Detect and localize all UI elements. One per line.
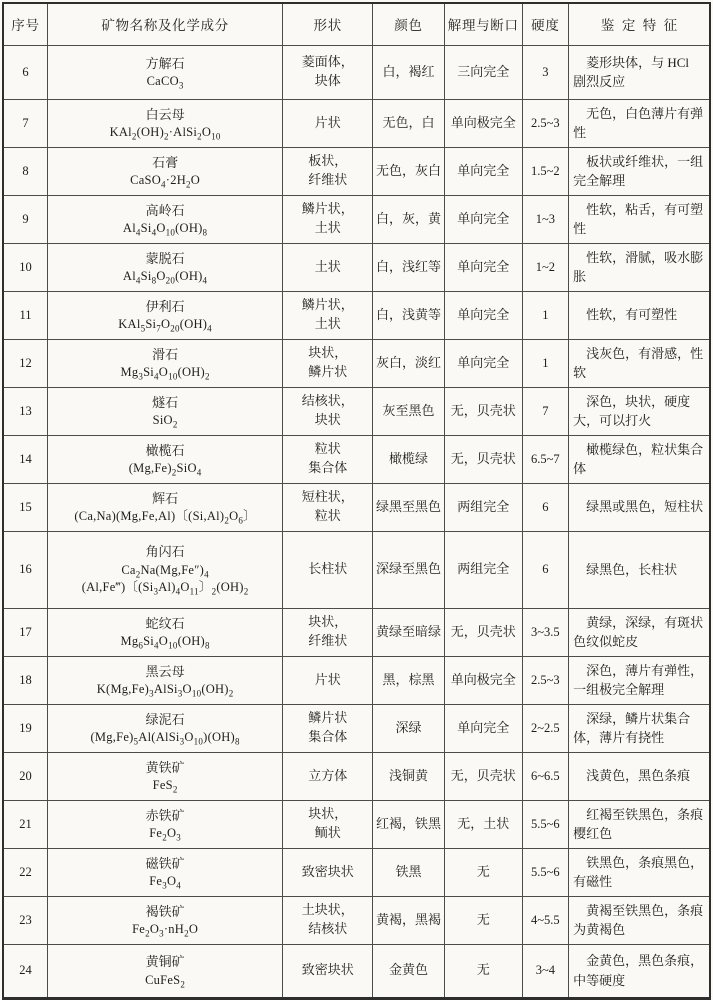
shape-line: 土状 — [285, 219, 370, 238]
feature-cell: 菱形块体，与 HCl 剧烈反应 — [569, 45, 710, 99]
feature-cell: 绿黑色，长柱状 — [569, 531, 710, 608]
shape-cell: 长柱状 — [283, 531, 373, 608]
mineral-name: 高岭石 — [50, 201, 280, 221]
feature-text: 深色，薄片有弹性，一组极完全解理 — [573, 661, 705, 700]
feature-text: 性软，粘舌，有可塑性 — [573, 200, 705, 239]
mineral-name-cell: 蛇纹石Mg6Si4O10(OH)8 — [47, 608, 282, 656]
feature-cell: 浅黄色，黑色条痕 — [569, 752, 710, 800]
color-cell: 灰白，淡红 — [373, 339, 445, 387]
shape-cell: 粒状集合体 — [283, 435, 373, 483]
hardness-cell: 5.5~6 — [522, 848, 568, 896]
shape-line: 菱面体， — [285, 53, 370, 72]
feature-cell: 无色，白色薄片有弹性 — [569, 99, 710, 147]
cleavage-cell: 单向完全 — [444, 195, 522, 243]
mineral-formula: Mg6Si4O10(OH)8 — [50, 633, 280, 651]
shape-cell: 块状，鳞片状 — [283, 339, 373, 387]
mineral-name-cell: 绿泥石(Mg,Fe)5Al(AlSi3O10)(OH)8 — [47, 704, 282, 752]
row-number: 18 — [3, 656, 47, 704]
mineral-name: 滑石 — [50, 345, 280, 365]
hardness-cell: 1.5~2 — [522, 147, 568, 195]
col-header-hardness: 硬度 — [522, 3, 568, 45]
feature-cell: 性软，有可塑性 — [569, 291, 710, 339]
shape-line: 块状， — [285, 344, 370, 363]
feature-text: 铁黑色，条痕黑色，有磁性 — [573, 853, 705, 892]
color-cell: 红褐，铁黑 — [373, 800, 445, 848]
shape-cell: 菱面体，块体 — [283, 45, 373, 99]
feature-text: 橄榄绿色，粒状集合体 — [573, 440, 705, 479]
table-row: 22磁铁矿Fe3O4致密块状铁黑无5.5~6铁黑色，条痕黑色，有磁性 — [3, 848, 710, 896]
mineral-name: 黄铁矿 — [50, 758, 280, 778]
mineral-name: 橄榄石 — [50, 441, 280, 461]
mineral-name-cell: 角闪石Ca2Na(Mg,Fe″)4(Al,Fe‴)〔(Si3Al)4O11〕2(… — [47, 531, 282, 608]
cleavage-cell: 单向完全 — [444, 339, 522, 387]
row-number: 13 — [3, 387, 47, 435]
mineral-formula: CaCO3 — [50, 73, 280, 91]
table-row: 10蒙脱石Al4Si8O20(OH)4土状白，浅红等单向完全1~2性软，滑腻，吸… — [3, 243, 710, 291]
mineral-name: 褐铁矿 — [50, 902, 280, 922]
shape-line: 立方体 — [285, 767, 370, 786]
mineral-formula: Fe2O3 — [50, 825, 280, 843]
row-number: 6 — [3, 45, 47, 99]
mineral-name-cell: 方解石CaCO3 — [47, 45, 282, 99]
feature-text: 浅灰色，有滑感，性软 — [573, 344, 705, 383]
shape-cell: 块状，鲕状 — [283, 800, 373, 848]
shape-line: 片状 — [285, 114, 370, 133]
mineral-name: 燧石 — [50, 393, 280, 413]
shape-cell: 鳞片状集合体 — [283, 704, 373, 752]
mineral-name: 角闪石 — [50, 542, 280, 562]
col-header-no: 序号 — [3, 3, 47, 45]
mineral-formula: FeS2 — [50, 777, 280, 795]
feature-text: 深绿，鳞片状集合体，薄片有挠性 — [573, 709, 705, 748]
table-row: 21赤铁矿Fe2O3块状，鲕状红褐，铁黑无，土状5.5~6红褐至铁黑色，条痕樱红… — [3, 800, 710, 848]
table-row: 20黄铁矿FeS2立方体浅铜黄无，贝壳状6~6.5浅黄色，黑色条痕 — [3, 752, 710, 800]
shape-cell: 结核状，块状 — [283, 387, 373, 435]
feature-cell: 性软，滑腻，吸水膨胀 — [569, 243, 710, 291]
feature-text: 黄绿，深绿，有斑状色纹似蛇皮 — [573, 613, 705, 652]
hardness-cell: 2~2.5 — [522, 704, 568, 752]
mineral-formula: Al4Si4O10(OH)8 — [50, 220, 280, 238]
table-row: 11伊利石KAl5Si7O20(OH)4鳞片状，土状白，浅黄等单向完全1性软，有… — [3, 291, 710, 339]
mineral-formula: CaSO4·2H2O — [50, 172, 280, 190]
shape-line: 致密块状 — [285, 961, 370, 980]
mineral-name: 蒙脱石 — [50, 249, 280, 269]
color-cell: 黄褐，黑褐 — [373, 896, 445, 944]
color-cell: 金黄色 — [373, 944, 445, 998]
table-row: 23褐铁矿Fe2O3·nH2O土块状，结核状黄褐，黑褐无4~5.5黄褐至铁黑色，… — [3, 896, 710, 944]
cleavage-cell: 单向完全 — [444, 147, 522, 195]
shape-line: 长柱状 — [285, 560, 370, 579]
table-row: 17蛇纹石Mg6Si4O10(OH)8块状，纤维状黄绿至暗绿无，贝壳状3~3.5… — [3, 608, 710, 656]
shape-cell: 致密块状 — [283, 848, 373, 896]
hardness-cell: 6.5~7 — [522, 435, 568, 483]
color-cell: 白，灰，黄 — [373, 195, 445, 243]
color-cell: 橄榄绿 — [373, 435, 445, 483]
feature-cell: 深色，块状，硬度大，可以打火 — [569, 387, 710, 435]
shape-line: 板状， — [285, 152, 370, 171]
shape-line: 土块状， — [285, 901, 370, 920]
row-number: 12 — [3, 339, 47, 387]
hardness-cell: 1~2 — [522, 243, 568, 291]
table-row: 13燧石SiO2结核状，块状灰至黑色无，贝壳状7深色，块状，硬度大，可以打火 — [3, 387, 710, 435]
shape-line: 鳞片状 — [285, 709, 370, 728]
cleavage-cell: 单向极完全 — [444, 99, 522, 147]
shape-cell: 板状，纤维状 — [283, 147, 373, 195]
shape-cell: 立方体 — [283, 752, 373, 800]
mineral-formula: Fe2O3·nH2O — [50, 921, 280, 939]
hardness-cell: 6~6.5 — [522, 752, 568, 800]
mineral-name-cell: 蒙脱石Al4Si8O20(OH)4 — [47, 243, 282, 291]
feature-cell: 板状或纤维状，一组完全解理 — [569, 147, 710, 195]
mineral-formula: K(Mg,Fe)3AlSi3O10(OH)2 — [50, 681, 280, 699]
mineral-name: 白云母 — [50, 105, 280, 125]
mineral-formula: Fe3O4 — [50, 873, 280, 891]
table-row: 16角闪石Ca2Na(Mg,Fe″)4(Al,Fe‴)〔(Si3Al)4O11〕… — [3, 531, 710, 608]
hardness-cell: 1~3 — [522, 195, 568, 243]
shape-line: 块状， — [285, 805, 370, 824]
row-number: 11 — [3, 291, 47, 339]
shape-cell: 片状 — [283, 99, 373, 147]
mineral-name: 磁铁矿 — [50, 854, 280, 874]
shape-line: 鲕状 — [285, 824, 370, 843]
shape-line: 集合体 — [285, 728, 370, 747]
feature-cell: 铁黑色，条痕黑色，有磁性 — [569, 848, 710, 896]
row-number: 15 — [3, 483, 47, 531]
cleavage-cell: 无，贝壳状 — [444, 752, 522, 800]
shape-line: 粒状 — [285, 507, 370, 526]
shape-line: 块体 — [285, 72, 370, 91]
col-header-shape: 形状 — [283, 3, 373, 45]
shape-cell: 鳞片状，土状 — [283, 195, 373, 243]
feature-cell: 深绿，鳞片状集合体，薄片有挠性 — [569, 704, 710, 752]
mineral-name: 石膏 — [50, 153, 280, 173]
shape-line: 土状 — [285, 258, 370, 277]
mineral-name-cell: 黄铁矿FeS2 — [47, 752, 282, 800]
color-cell: 白，浅黄等 — [373, 291, 445, 339]
shape-line: 纤维状 — [285, 632, 370, 651]
mineral-name: 绿泥石 — [50, 710, 280, 730]
feature-cell: 浅灰色，有滑感，性软 — [569, 339, 710, 387]
feature-text: 无色，白色薄片有弹性 — [573, 104, 705, 143]
mineral-formula: CuFeS2 — [50, 972, 280, 990]
mineral-name: 黄铜矿 — [50, 952, 280, 972]
color-cell: 黄绿至暗绿 — [373, 608, 445, 656]
shape-line: 块状 — [285, 411, 370, 430]
mineral-name: 方解石 — [50, 54, 280, 74]
feature-text: 金黄色，黑色条痕，中等硬度 — [573, 951, 705, 990]
hardness-cell: 3~3.5 — [522, 608, 568, 656]
row-number: 17 — [3, 608, 47, 656]
hardness-cell: 4~5.5 — [522, 896, 568, 944]
mineral-formula: KAl5Si7O20(OH)4 — [50, 316, 280, 334]
shape-line: 结核状 — [285, 920, 370, 939]
feature-cell: 深色，薄片有弹性，一组极完全解理 — [569, 656, 710, 704]
mineral-name-cell: 石膏CaSO4·2H2O — [47, 147, 282, 195]
feature-text: 菱形块体，与 HCl 剧烈反应 — [573, 53, 705, 92]
shape-cell: 致密块状 — [283, 944, 373, 998]
shape-cell: 块状，纤维状 — [283, 608, 373, 656]
shape-line: 鳞片状 — [285, 363, 370, 382]
cleavage-cell: 单向极完全 — [444, 656, 522, 704]
table-row: 19绿泥石(Mg,Fe)5Al(AlSi3O10)(OH)8鳞片状集合体深绿单向… — [3, 704, 710, 752]
shape-cell: 土状 — [283, 243, 373, 291]
color-cell: 深绿至黑色 — [373, 531, 445, 608]
mineral-identification-table: 序号 矿物名称及化学成分 形状 颜色 解理与断口 硬度 鉴定特征 6方解石CaC… — [2, 2, 711, 1000]
row-number: 23 — [3, 896, 47, 944]
color-cell: 深绿 — [373, 704, 445, 752]
shape-line: 集合体 — [285, 459, 370, 478]
table-row: 7白云母KAl2(OH)2·AlSi2O10片状无色，白单向极完全2.5~3无色… — [3, 99, 710, 147]
color-cell: 浅铜黄 — [373, 752, 445, 800]
mineral-name-cell: 橄榄石(Mg,Fe)2SiO4 — [47, 435, 282, 483]
cleavage-cell: 无，贝壳状 — [444, 387, 522, 435]
mineral-formula: Mg3Si4O10(OH)2 — [50, 364, 280, 382]
row-number: 22 — [3, 848, 47, 896]
col-header-cleavage: 解理与断口 — [444, 3, 522, 45]
table-row: 24黄铜矿CuFeS2致密块状金黄色无3~4金黄色，黑色条痕，中等硬度 — [3, 944, 710, 998]
col-header-feature: 鉴定特征 — [569, 3, 710, 45]
mineral-formula: (Mg,Fe)2SiO4 — [50, 460, 280, 478]
mineral-name-cell: 磁铁矿Fe3O4 — [47, 848, 282, 896]
cleavage-cell: 无 — [444, 896, 522, 944]
cleavage-cell: 无 — [444, 848, 522, 896]
mineral-formula: (Al,Fe‴)〔(Si3Al)4O11〕2(OH)2 — [50, 579, 280, 597]
shape-line: 鳞片状， — [285, 296, 370, 315]
feature-cell: 黄褐至铁黑色，条痕为黄褐色 — [569, 896, 710, 944]
cleavage-cell: 单向完全 — [444, 704, 522, 752]
shape-cell: 片状 — [283, 656, 373, 704]
shape-cell: 土块状，结核状 — [283, 896, 373, 944]
shape-line: 结核状， — [285, 392, 370, 411]
table-row: 15辉石(Ca,Na)(Mg,Fe,Al)〔(Si,Al)2O6〕短柱状，粒状绿… — [3, 483, 710, 531]
hardness-cell: 6 — [522, 531, 568, 608]
cleavage-cell: 单向完全 — [444, 291, 522, 339]
row-number: 7 — [3, 99, 47, 147]
mineral-name-cell: 燧石SiO2 — [47, 387, 282, 435]
hardness-cell: 1 — [522, 291, 568, 339]
col-header-name: 矿物名称及化学成分 — [47, 3, 282, 45]
feature-text: 性软，滑腻，吸水膨胀 — [573, 248, 705, 287]
feature-text: 性软，有可塑性 — [573, 305, 705, 325]
feature-text: 绿黑色，长柱状 — [573, 560, 705, 580]
row-number: 24 — [3, 944, 47, 998]
row-number: 10 — [3, 243, 47, 291]
feature-text: 红褐至铁黑色，条痕樱红色 — [573, 805, 705, 844]
table-row: 12滑石Mg3Si4O10(OH)2块状，鳞片状灰白，淡红单向完全1浅灰色，有滑… — [3, 339, 710, 387]
hardness-cell: 6 — [522, 483, 568, 531]
mineral-name: 辉石 — [50, 489, 280, 509]
mineral-formula: Ca2Na(Mg,Fe″)4 — [50, 562, 280, 580]
mineral-name-cell: 伊利石KAl5Si7O20(OH)4 — [47, 291, 282, 339]
shape-cell: 鳞片状，土状 — [283, 291, 373, 339]
feature-cell: 黄绿，深绿，有斑状色纹似蛇皮 — [569, 608, 710, 656]
color-cell: 绿黑至黑色 — [373, 483, 445, 531]
shape-line: 粒状 — [285, 440, 370, 459]
color-cell: 黑，棕黑 — [373, 656, 445, 704]
cleavage-cell: 两组完全 — [444, 531, 522, 608]
table-row: 6方解石CaCO3菱面体，块体白，褐红三向完全3菱形块体，与 HCl 剧烈反应 — [3, 45, 710, 99]
feature-cell: 性软，粘舌，有可塑性 — [569, 195, 710, 243]
hardness-cell: 3~4 — [522, 944, 568, 998]
mineral-name: 蛇纹石 — [50, 614, 280, 634]
feature-cell: 橄榄绿色，粒状集合体 — [569, 435, 710, 483]
row-number: 14 — [3, 435, 47, 483]
cleavage-cell: 单向完全 — [444, 243, 522, 291]
document-page: 序号 矿物名称及化学成分 形状 颜色 解理与断口 硬度 鉴定特征 6方解石CaC… — [0, 0, 713, 1000]
cleavage-cell: 无，土状 — [444, 800, 522, 848]
cleavage-cell: 无 — [444, 944, 522, 998]
cleavage-cell: 无，贝壳状 — [444, 435, 522, 483]
row-number: 21 — [3, 800, 47, 848]
color-cell: 灰至黑色 — [373, 387, 445, 435]
cleavage-cell: 无，贝壳状 — [444, 608, 522, 656]
row-number: 20 — [3, 752, 47, 800]
color-cell: 白，褐红 — [373, 45, 445, 99]
feature-cell: 金黄色，黑色条痕，中等硬度 — [569, 944, 710, 998]
col-header-color: 颜色 — [373, 3, 445, 45]
mineral-formula: (Mg,Fe)5Al(AlSi3O10)(OH)8 — [50, 729, 280, 747]
mineral-name-cell: 辉石(Ca,Na)(Mg,Fe,Al)〔(Si,Al)2O6〕 — [47, 483, 282, 531]
feature-text: 板状或纤维状，一组完全解理 — [573, 152, 705, 191]
shape-line: 鳞片状， — [285, 200, 370, 219]
mineral-name-cell: 褐铁矿Fe2O3·nH2O — [47, 896, 282, 944]
mineral-formula: SiO2 — [50, 412, 280, 430]
shape-cell: 短柱状，粒状 — [283, 483, 373, 531]
mineral-formula: KAl2(OH)2·AlSi2O10 — [50, 124, 280, 142]
hardness-cell: 5.5~6 — [522, 800, 568, 848]
row-number: 16 — [3, 531, 47, 608]
mineral-name-cell: 黑云母K(Mg,Fe)3AlSi3O10(OH)2 — [47, 656, 282, 704]
table-row: 8石膏CaSO4·2H2O板状，纤维状无色，灰白单向完全1.5~2板状或纤维状，… — [3, 147, 710, 195]
shape-line: 致密块状 — [285, 863, 370, 882]
shape-line: 短柱状， — [285, 488, 370, 507]
shape-line: 片状 — [285, 671, 370, 690]
mineral-name-cell: 白云母KAl2(OH)2·AlSi2O10 — [47, 99, 282, 147]
color-cell: 白，浅红等 — [373, 243, 445, 291]
row-number: 8 — [3, 147, 47, 195]
color-cell: 无色，白 — [373, 99, 445, 147]
mineral-name: 黑云母 — [50, 662, 280, 682]
row-number: 9 — [3, 195, 47, 243]
table-row: 9高岭石Al4Si4O10(OH)8鳞片状，土状白，灰，黄单向完全1~3性软，粘… — [3, 195, 710, 243]
table-row: 18黑云母K(Mg,Fe)3AlSi3O10(OH)2片状黑，棕黑单向极完全2.… — [3, 656, 710, 704]
shape-line: 土状 — [285, 315, 370, 334]
mineral-name-cell: 滑石Mg3Si4O10(OH)2 — [47, 339, 282, 387]
hardness-cell: 2.5~3 — [522, 99, 568, 147]
color-cell: 无色，灰白 — [373, 147, 445, 195]
shape-line: 块状， — [285, 613, 370, 632]
hardness-cell: 2.5~3 — [522, 656, 568, 704]
feature-text: 深色，块状，硬度大，可以打火 — [573, 392, 705, 431]
feature-text: 绿黑或黑色，短柱状 — [573, 497, 705, 517]
mineral-name-cell: 黄铜矿CuFeS2 — [47, 944, 282, 998]
mineral-name-cell: 赤铁矿Fe2O3 — [47, 800, 282, 848]
hardness-cell: 7 — [522, 387, 568, 435]
mineral-name: 伊利石 — [50, 297, 280, 317]
color-cell: 铁黑 — [373, 848, 445, 896]
feature-text: 黄褐至铁黑色，条痕为黄褐色 — [573, 901, 705, 940]
hardness-cell: 3 — [522, 45, 568, 99]
mineral-name: 赤铁矿 — [50, 806, 280, 826]
mineral-formula: Al4Si8O20(OH)4 — [50, 268, 280, 286]
shape-line: 纤维状 — [285, 171, 370, 190]
row-number: 19 — [3, 704, 47, 752]
feature-text: 浅黄色，黑色条痕 — [573, 766, 705, 786]
header-row: 序号 矿物名称及化学成分 形状 颜色 解理与断口 硬度 鉴定特征 — [3, 3, 710, 45]
feature-cell: 绿黑或黑色，短柱状 — [569, 483, 710, 531]
table-body: 6方解石CaCO3菱面体，块体白，褐红三向完全3菱形块体，与 HCl 剧烈反应7… — [3, 45, 710, 998]
cleavage-cell: 三向完全 — [444, 45, 522, 99]
feature-cell: 红褐至铁黑色，条痕樱红色 — [569, 800, 710, 848]
hardness-cell: 1 — [522, 339, 568, 387]
table-row: 14橄榄石(Mg,Fe)2SiO4粒状集合体橄榄绿无，贝壳状6.5~7橄榄绿色，… — [3, 435, 710, 483]
mineral-formula: (Ca,Na)(Mg,Fe,Al)〔(Si,Al)2O6〕 — [50, 508, 280, 526]
cleavage-cell: 两组完全 — [444, 483, 522, 531]
mineral-name-cell: 高岭石Al4Si4O10(OH)8 — [47, 195, 282, 243]
